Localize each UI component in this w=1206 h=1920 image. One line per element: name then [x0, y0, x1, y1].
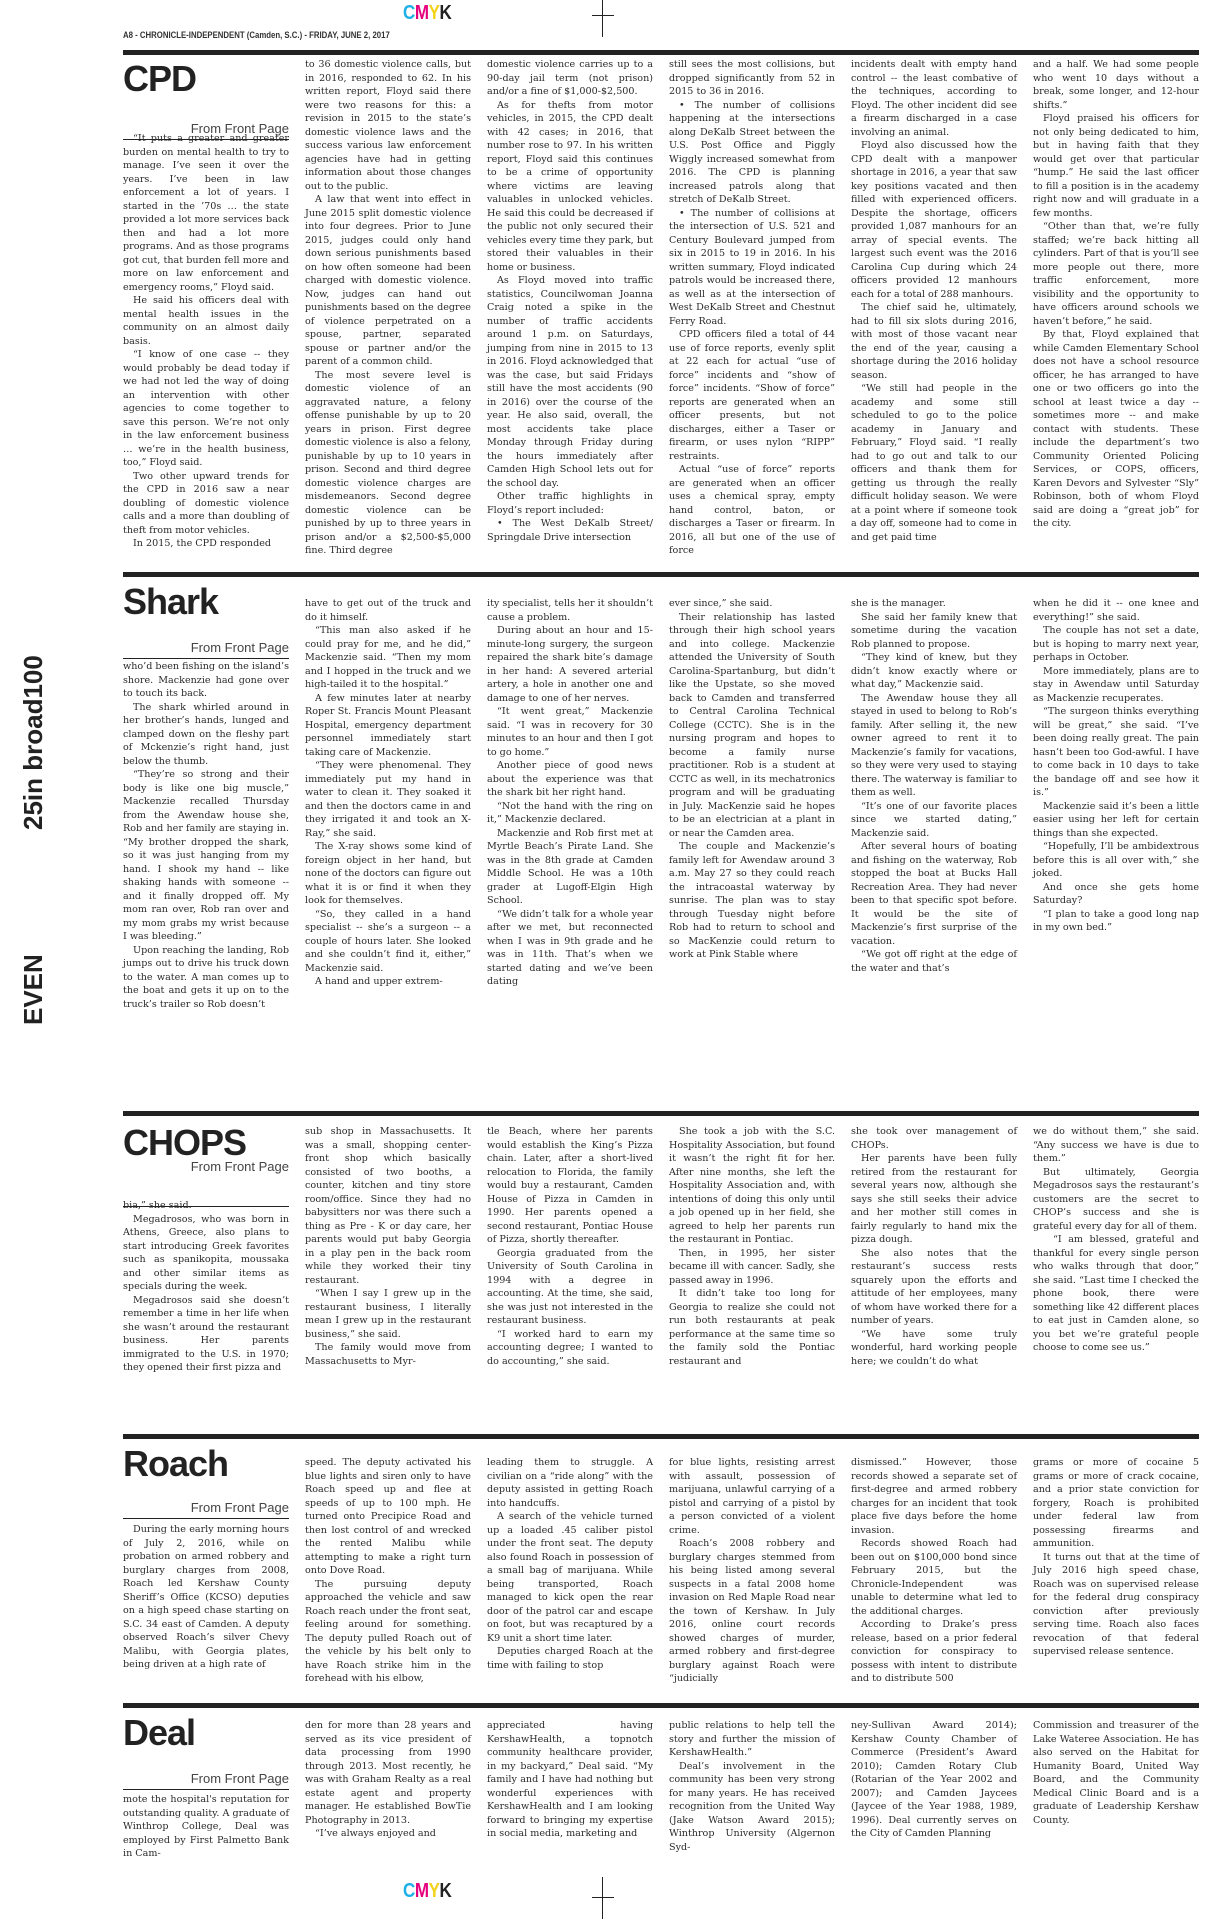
paragraph: Other traffic highlights in Floyd’s repo…: [487, 490, 653, 517]
column-2: to 36 domestic violence calls, but in 20…: [305, 58, 471, 558]
paragraph: “So, they called in a hand specialist --…: [305, 908, 471, 976]
paragraph: Megadrosos, who was born in Athens, Gree…: [123, 1213, 289, 1294]
column-1: who’d been fishing on the island’s shore…: [123, 660, 289, 1011]
paragraph: Mackenzie and Rob first met at Myrtle Be…: [487, 827, 653, 908]
column-3: ity specialist, tells her it shouldn’t c…: [487, 597, 653, 989]
cmyk-k: K: [440, 2, 452, 24]
paragraph: As for thefts from motor vehicles, in 20…: [487, 99, 653, 275]
paragraph: public relations to help tell the story …: [669, 1719, 835, 1760]
paragraph: By that, Floyd explained that while Camd…: [1033, 328, 1199, 531]
paragraph: Deputies charged Roach at the time with …: [487, 1645, 653, 1672]
paragraph: appreciated having KershawHealth, a topn…: [487, 1719, 653, 1841]
paragraph: “Hopefully, I’ll be ambidextrous before …: [1033, 840, 1199, 881]
paragraph: A search of the vehicle turned up a load…: [487, 1510, 653, 1645]
headline: Shark: [123, 582, 289, 622]
headline: CHOPS: [123, 1123, 289, 1163]
cmyk-c: C: [403, 1880, 415, 1902]
paragraph: domestic violence carries up to a 90-day…: [487, 58, 653, 99]
paragraph: Her parents have been fully retired from…: [851, 1152, 1017, 1247]
paragraph: bia,” she said.: [123, 1199, 289, 1213]
paragraph: Roach’s 2008 robbery and burglary charge…: [669, 1537, 835, 1686]
paragraph: “We got off right at the edge of the wat…: [851, 948, 1017, 975]
kicker: From Front Page: [123, 1500, 289, 1519]
column-5: incidents dealt with empty hand control …: [851, 58, 1017, 544]
paragraph: Upon reaching the landing, Rob jumps out…: [123, 944, 289, 1012]
paragraph: She took a job with the S.C. Hospitality…: [669, 1125, 835, 1247]
section-rule: [123, 1111, 1199, 1116]
section-rule: [123, 572, 1199, 577]
registration-mark-icon: [592, 5, 614, 27]
column-5: she is the manager. She said her family …: [851, 597, 1017, 975]
article-chops: CHOPS From Front Page bia,” she said. Me…: [123, 1111, 1199, 1411]
paragraph: mote the hospital's reputation for outst…: [123, 1793, 289, 1861]
paragraph: Then, in 1995, her sister became ill wit…: [669, 1247, 835, 1288]
column-4: public relations to help tell the story …: [669, 1719, 835, 1854]
column-4: still sees the most collisions, but drop…: [669, 58, 835, 558]
paragraph: The couple has not set a date, but is ho…: [1033, 624, 1199, 665]
paragraph: grams or more of cocaine 5 grams or more…: [1033, 1456, 1199, 1551]
column-1: mote the hospital's reputation for outst…: [123, 1793, 289, 1861]
paragraph: for blue lights, resisting arrest with a…: [669, 1456, 835, 1537]
article-header: Shark From Front Page: [123, 582, 289, 659]
paragraph: It turns out that at the time of July 20…: [1033, 1551, 1199, 1659]
cmyk-y: Y: [429, 1880, 440, 1902]
paragraph: Another piece of good news about the exp…: [487, 759, 653, 800]
paragraph: Megadrosos said she doesn’t remember a t…: [123, 1294, 289, 1375]
section-rule: [123, 1434, 1199, 1439]
paragraph: A law that went into effect in June 2015…: [305, 193, 471, 369]
paragraph: According to Drake’s press release, base…: [851, 1618, 1017, 1686]
paragraph: It didn’t take too long for Georgia to r…: [669, 1287, 835, 1368]
section-rule: [123, 1703, 1199, 1708]
paragraph: when he did it -- one knee and everythin…: [1033, 597, 1199, 624]
paragraph: and a half. We had some people who went …: [1033, 58, 1199, 112]
paragraph: she took over management of CHOPs.: [851, 1125, 1017, 1152]
paragraph: • The West DeKalb Street/ Springdale Dri…: [487, 517, 653, 544]
slug-even-label: EVEN: [18, 954, 49, 1025]
column-6: and a half. We had some people who went …: [1033, 58, 1199, 531]
paragraph: She said her family knew that sometime d…: [851, 611, 1017, 652]
paragraph: “We still had people in the academy and …: [851, 382, 1017, 544]
paragraph: “The surgeon thinks everything will be g…: [1033, 705, 1199, 800]
paragraph: A hand and upper extrem-: [305, 975, 471, 989]
paragraph: “I’ve always enjoyed and: [305, 1827, 471, 1841]
paragraph: • The number of collisions at the inters…: [669, 207, 835, 329]
article-roach: Roach From Front Page During the early m…: [123, 1434, 1199, 1684]
article-header: CPD From Front Page: [123, 59, 289, 140]
column-6: Commission and treasurer of the Lake Wat…: [1033, 1719, 1199, 1827]
paragraph: The Awendaw house they all stayed in use…: [851, 692, 1017, 800]
column-6: grams or more of cocaine 5 grams or more…: [1033, 1456, 1199, 1659]
paragraph: Records showed Roach had been out on $10…: [851, 1537, 1017, 1618]
paragraph: “I worked hard to earn my accounting deg…: [487, 1328, 653, 1369]
paragraph: The couple and Mackenzie’s family left f…: [669, 840, 835, 962]
paragraph: “I know of one case -- they would probab…: [123, 348, 289, 470]
paragraph: “They kind of knew, but they didn’t know…: [851, 651, 1017, 692]
paragraph: • The number of collisions happening at …: [669, 99, 835, 207]
paragraph: During about an hour and 15-minute-long …: [487, 624, 653, 705]
paragraph: “We didn’t talk for a whole year after w…: [487, 908, 653, 989]
cmyk-c: C: [403, 2, 415, 24]
column-6: when he did it -- one knee and everythin…: [1033, 597, 1199, 935]
column-6: we do without them,” she said. “Any succ…: [1033, 1125, 1199, 1355]
paragraph: sub shop in Massachusetts. It was a smal…: [305, 1125, 471, 1287]
paragraph: He said his officers deal with mental he…: [123, 294, 289, 348]
paragraph: The most severe level is domestic violen…: [305, 369, 471, 558]
paragraph: leading them to struggle. A civilian on …: [487, 1456, 653, 1510]
headline: Deal: [123, 1713, 289, 1753]
paragraph: In 2015, the CPD responded: [123, 537, 289, 551]
paragraph: “This man also asked if he could pray fo…: [305, 624, 471, 692]
paragraph: And once she gets home Saturday?: [1033, 881, 1199, 908]
headline: CPD: [123, 59, 289, 99]
paragraph: have to get out of the truck and do it h…: [305, 597, 471, 624]
paragraph: dismissed.” However, those records showe…: [851, 1456, 1017, 1537]
cmyk-m: M: [415, 1880, 429, 1902]
paragraph: “It puts a greater and greater burden on…: [123, 132, 289, 294]
paragraph: “I am blessed, grateful and thankful for…: [1033, 1233, 1199, 1355]
paragraph: ney-Sullivan Award 2014); Kershaw County…: [851, 1719, 1017, 1841]
paragraph: The pursuing deputy approached the vehic…: [305, 1578, 471, 1686]
column-2: speed. The deputy activated his blue lig…: [305, 1456, 471, 1686]
cmyk-color-bar-bottom: CMYK: [403, 1880, 451, 1903]
kicker: From Front Page: [123, 640, 289, 659]
paragraph: More immediately, plans are to stay in A…: [1033, 665, 1199, 706]
paragraph: But ultimately, Georgia Megadrosos says …: [1033, 1166, 1199, 1234]
article-header: Roach From Front Page: [123, 1444, 289, 1519]
paragraph: Their relationship has lasted through th…: [669, 611, 835, 841]
paragraph: Georgia graduated from the University of…: [487, 1247, 653, 1328]
paragraph: “They were phenomenal. They immediately …: [305, 759, 471, 840]
paragraph: incidents dealt with empty hand control …: [851, 58, 1017, 139]
paragraph: During the early morning hours of July 2…: [123, 1523, 289, 1672]
column-5: she took over management of CHOPs. Her p…: [851, 1125, 1017, 1368]
column-4: for blue lights, resisting arrest with a…: [669, 1456, 835, 1686]
paragraph: Actual “use of force” reports are genera…: [669, 463, 835, 558]
paragraph: A few minutes later at nearby Roper St. …: [305, 692, 471, 760]
column-1: “It puts a greater and greater burden on…: [123, 132, 289, 551]
paragraph: “It’s one of our favorite places since w…: [851, 800, 1017, 841]
paragraph: “We have some truly wonderful, hard work…: [851, 1328, 1017, 1369]
article-header: Deal From Front Page: [123, 1713, 289, 1790]
paragraph: Two other upward trends for the CPD in 2…: [123, 470, 289, 538]
paragraph: “I plan to take a good long nap in my ow…: [1033, 908, 1199, 935]
paragraph: Deal’s involvement in the community has …: [669, 1760, 835, 1855]
paragraph: Floyd also discussed how the CPD dealt w…: [851, 139, 1017, 301]
headline: Roach: [123, 1444, 289, 1484]
column-2: den for more than 28 years and served as…: [305, 1719, 471, 1841]
article-cpd: CPD From Front Page “It puts a greater a…: [123, 55, 1199, 555]
paragraph: “Not the hand with the ring on it,” Mack…: [487, 800, 653, 827]
paragraph: “When I say I grew up in the restaurant …: [305, 1287, 471, 1341]
paragraph: Floyd praised his officers for not only …: [1033, 112, 1199, 220]
paragraph: ever since,” she said.: [669, 597, 835, 611]
column-3: leading them to struggle. A civilian on …: [487, 1456, 653, 1672]
paragraph: Commission and treasurer of the Lake Wat…: [1033, 1719, 1199, 1827]
column-1: bia,” she said. Megadrosos, who was born…: [123, 1199, 289, 1375]
slug-size-label: 25in broad100: [18, 655, 49, 830]
paragraph: tle Beach, where her parents would estab…: [487, 1125, 653, 1247]
column-3: domestic violence carries up to a 90-day…: [487, 58, 653, 544]
cmyk-k: K: [440, 1880, 452, 1902]
paragraph: “It went great,” Mackenzie said. “I was …: [487, 705, 653, 759]
registration-mark-icon: [592, 1887, 614, 1909]
paragraph: ity specialist, tells her it shouldn’t c…: [487, 597, 653, 624]
paragraph: CPD officers filed a total of 44 use of …: [669, 328, 835, 463]
paragraph: As Floyd moved into traffic statistics, …: [487, 274, 653, 490]
article-header: CHOPS From Front Page: [123, 1123, 289, 1207]
kicker: From Front Page: [123, 1771, 289, 1790]
column-5: ney-Sullivan Award 2014); Kershaw County…: [851, 1719, 1017, 1841]
paragraph: Mackenzie said it’s been a little easier…: [1033, 800, 1199, 841]
paragraph: to 36 domestic violence calls, but in 20…: [305, 58, 471, 193]
column-5: dismissed.” However, those records showe…: [851, 1456, 1017, 1686]
cmyk-y: Y: [429, 2, 440, 24]
paragraph: The chief said he, ultimately, had to fi…: [851, 301, 1017, 382]
column-2: sub shop in Massachusetts. It was a smal…: [305, 1125, 471, 1368]
cmyk-m: M: [415, 2, 429, 24]
paragraph: After several hours of boating and fishi…: [851, 840, 1017, 948]
page-folio: A8 - CHRONICLE-INDEPENDENT (Camden, S.C.…: [123, 30, 390, 41]
paragraph: den for more than 28 years and served as…: [305, 1719, 471, 1827]
paragraph: She also notes that the restaurant’s suc…: [851, 1247, 1017, 1328]
column-4: She took a job with the S.C. Hospitality…: [669, 1125, 835, 1368]
paragraph: who’d been fishing on the island’s shore…: [123, 660, 289, 701]
paragraph: The shark whirled around in her brother’…: [123, 701, 289, 769]
paragraph: “They’re so strong and their body is lik…: [123, 768, 289, 944]
paragraph: we do without them,” she said. “Any succ…: [1033, 1125, 1199, 1166]
paragraph: still sees the most collisions, but drop…: [669, 58, 835, 99]
column-2: have to get out of the truck and do it h…: [305, 597, 471, 989]
paragraph: The family would move from Massachusetts…: [305, 1341, 471, 1368]
column-1: During the early morning hours of July 2…: [123, 1523, 289, 1672]
paragraph: The X-ray shows some kind of foreign obj…: [305, 840, 471, 908]
column-3: tle Beach, where her parents would estab…: [487, 1125, 653, 1368]
paragraph: she is the manager.: [851, 597, 1017, 611]
article-shark: Shark From Front Page who’d been fishing…: [123, 572, 1199, 1012]
paragraph: speed. The deputy activated his blue lig…: [305, 1456, 471, 1578]
cmyk-color-bar-top: CMYK: [403, 2, 451, 25]
column-4: ever since,” she said. Their relationshi…: [669, 597, 835, 962]
article-deal: Deal From Front Page mote the hospital's…: [123, 1703, 1199, 1843]
paragraph: “Other than that, we’re fully staffed; w…: [1033, 220, 1199, 328]
column-3: appreciated having KershawHealth, a topn…: [487, 1719, 653, 1841]
